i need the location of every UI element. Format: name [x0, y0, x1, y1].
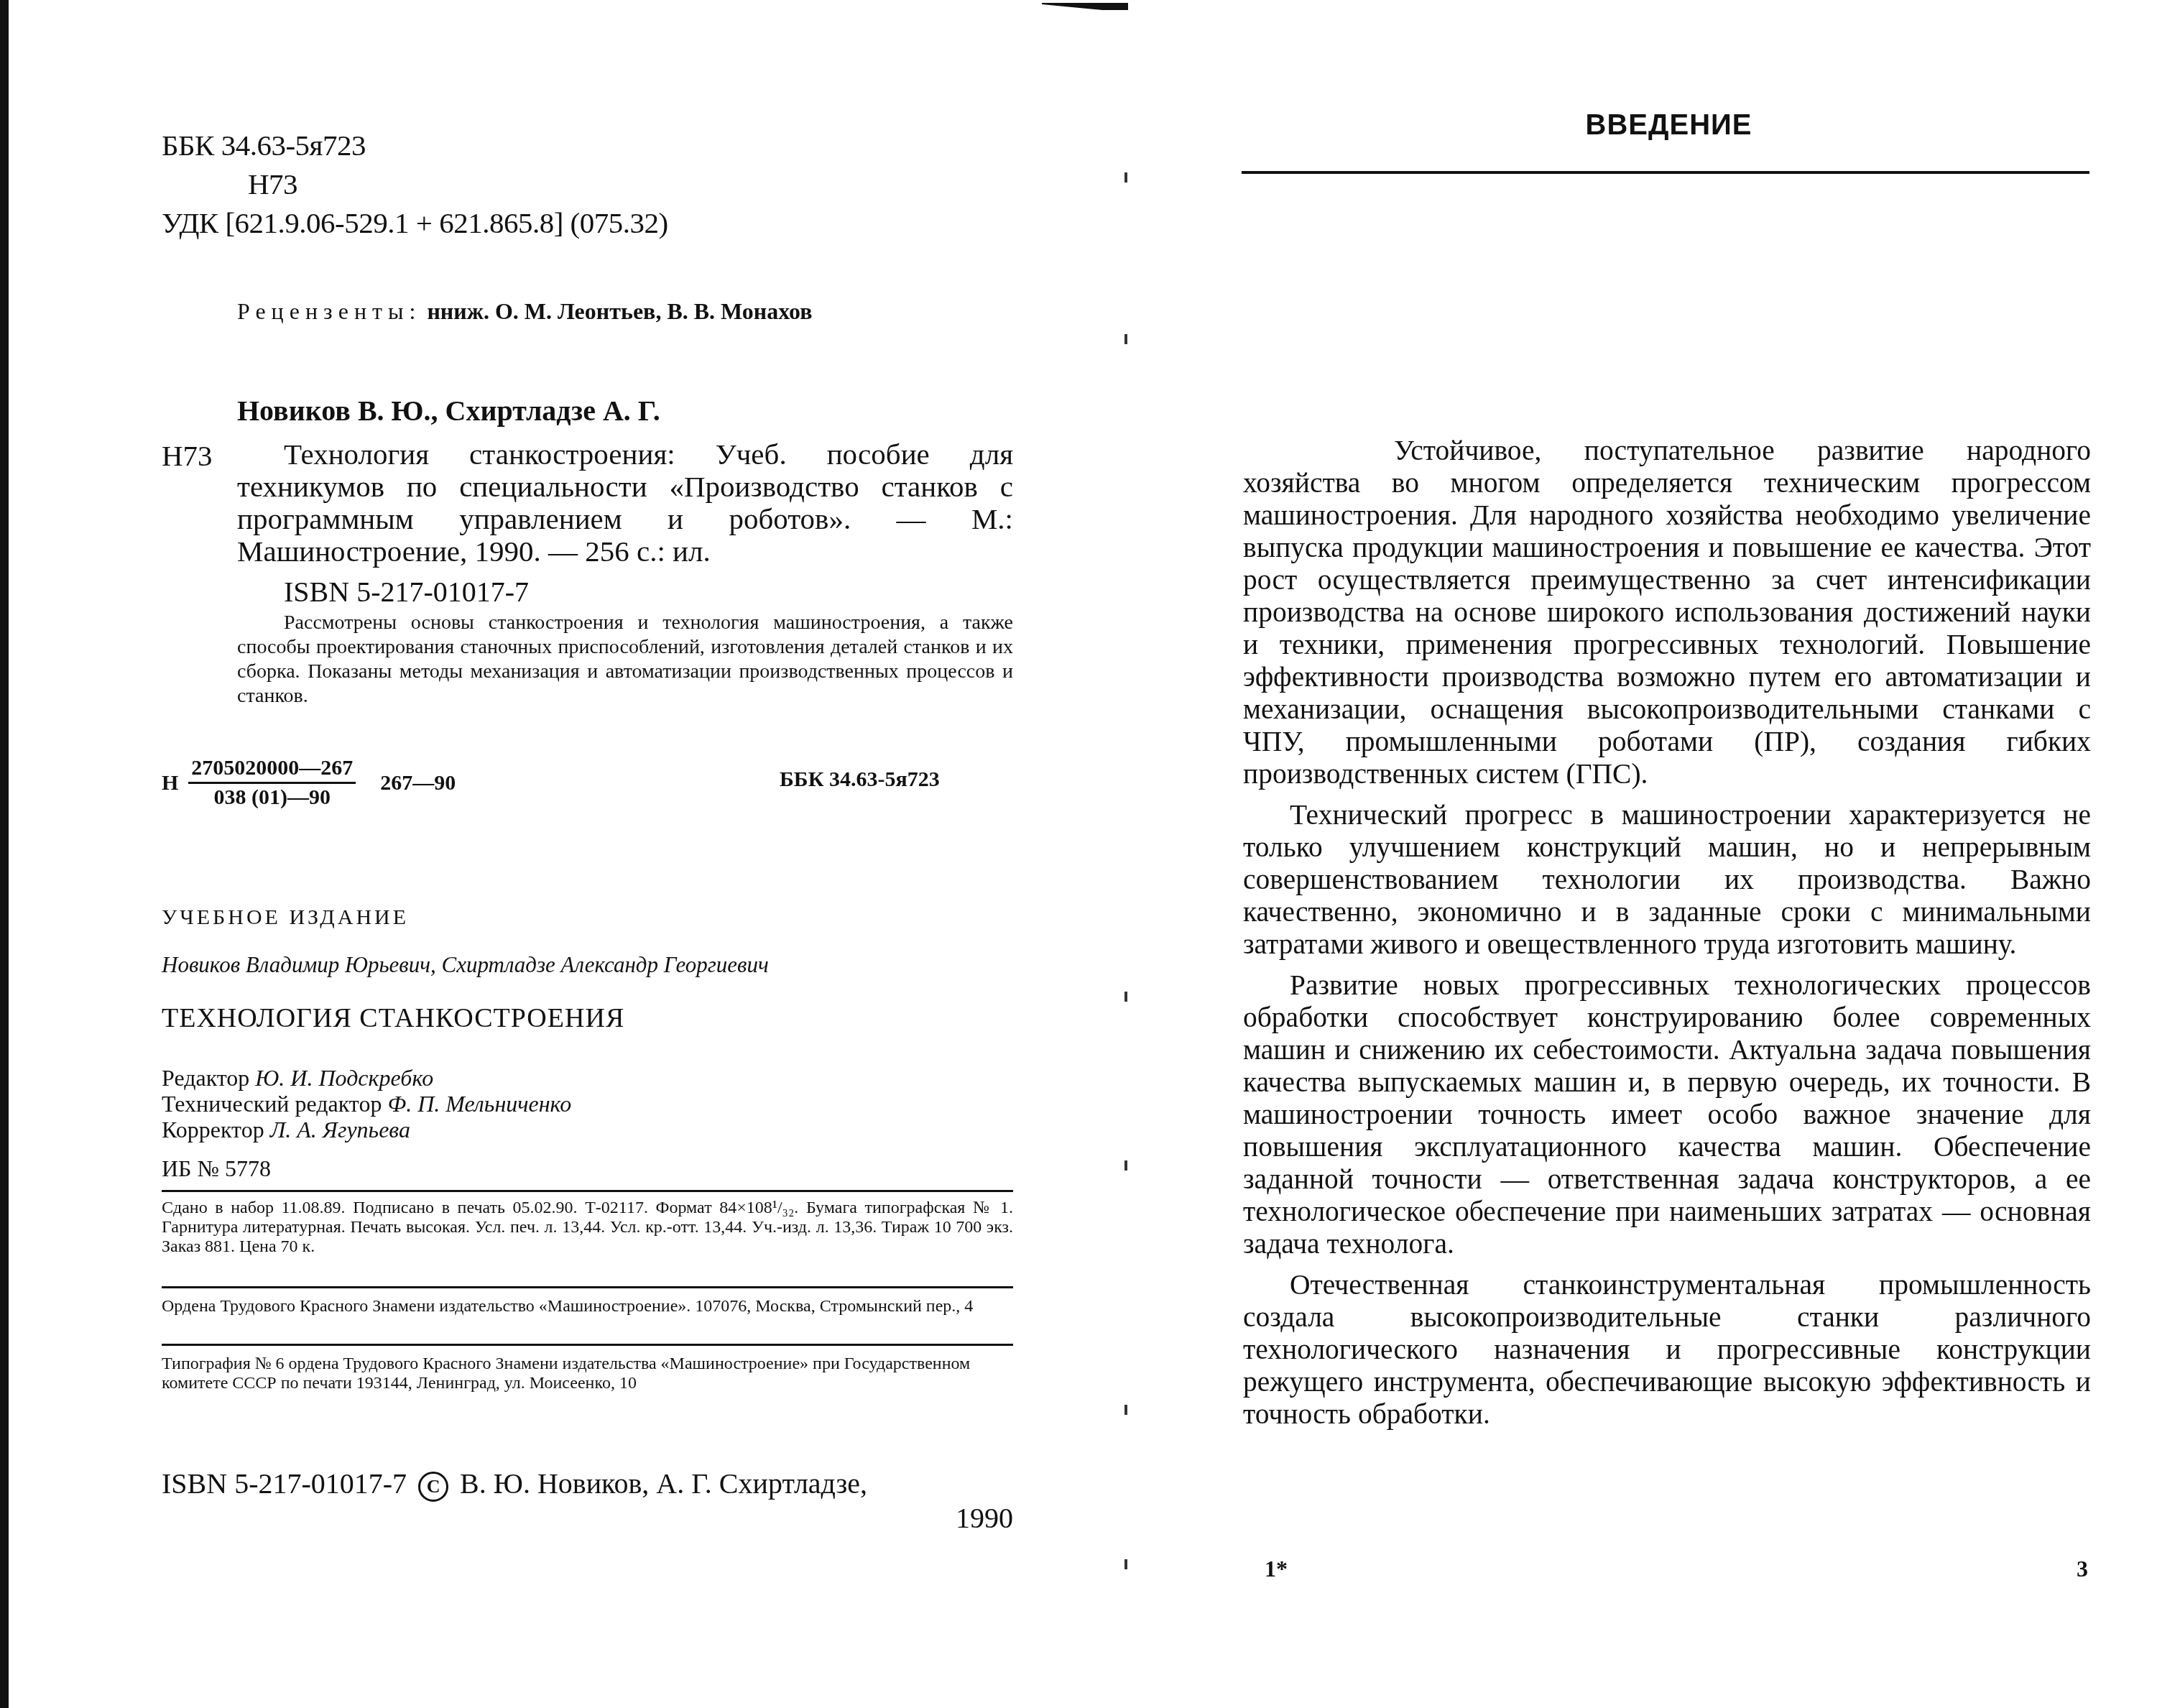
divider: [162, 1286, 1013, 1288]
reviewers-names: нниж. О. М. Леонтьев, В. В. Монахов: [427, 298, 812, 324]
abstract: Рассмотрены основы станкостроения и техн…: [237, 611, 1013, 708]
page-number: 3: [2077, 1556, 2088, 1582]
book-title: ТЕХНОЛОГИЯ СТАНКОСТРОЕНИЯ: [162, 1002, 624, 1034]
authors-heading: Новиков В. Ю., Схиртладзе А. Г.: [237, 394, 660, 428]
bibliographic-description: Технология станкостроения: Учеб. пособие…: [237, 438, 1013, 568]
scan-speck: [1124, 992, 1127, 1002]
bbk-repeat: ББК 34.63-5я723: [780, 767, 940, 792]
author-mark: Н73: [162, 165, 1013, 203]
staff-name: Л. А. Ягупьева: [270, 1117, 410, 1142]
scan-speck: [1124, 1559, 1127, 1569]
copyright-icon: C: [418, 1472, 448, 1502]
scan-speck: [1124, 334, 1127, 344]
staff-list: Редактор Ю. И. Подскребко Технический ре…: [162, 1065, 571, 1142]
scan-speck: [1124, 172, 1127, 183]
imprint: Сдано в набор 11.08.89. Подписано в печа…: [162, 1199, 1013, 1257]
reviewers-label: Рецензенты:: [237, 298, 421, 324]
full-authors: Новиков Владимир Юрьевич, Схиртладзе Але…: [162, 952, 769, 978]
scan-speck: [1124, 1405, 1127, 1415]
printer: Типография № 6 ордена Трудового Красного…: [162, 1354, 1013, 1393]
isbn: ISBN 5-217-01017-7: [284, 575, 529, 609]
staff-tech-editor: Технический редактор Ф. П. Мельниченко: [162, 1091, 571, 1117]
ib-number: ИБ № 5778: [162, 1155, 271, 1182]
signature-mark: 1*: [1265, 1556, 1288, 1582]
scan-speck: [1124, 1160, 1127, 1171]
paragraph: Развитие новых прогрессивных технологиче…: [1243, 969, 2091, 1260]
staff-role: Корректор: [162, 1117, 264, 1142]
reviewers-line: Рецензенты: нниж. О. М. Леонтьев, В. В. …: [237, 298, 813, 325]
edition-type: УЧЕБНОЕ ИЗДАНИЕ: [162, 905, 409, 930]
staff-role: Технический редактор: [162, 1091, 382, 1117]
fraction-denominator: 038 (01)—90: [214, 784, 331, 810]
fraction-suffix: 267—90: [380, 771, 456, 795]
scan-edge-strip: [0, 0, 9, 1708]
index-fraction: Н 2705020000—267 038 (01)—90 267—90: [162, 756, 456, 810]
copyright-holders: В. Ю. Новиков, А. Г. Схиртладзе,: [460, 1467, 867, 1500]
paragraph: Отечественная станкоинструментальная про…: [1243, 1269, 2091, 1431]
fraction-prefix: Н: [162, 771, 178, 795]
paragraph: Технический прогресс в машиностроении ха…: [1243, 799, 2091, 961]
copyright-isbn: ISBN 5-217-01017-7: [162, 1467, 407, 1500]
classification-block: ББК 34.63-5я723 Н73 УДК [621.9.06-529.1 …: [162, 126, 1013, 242]
copyright-year: 1990: [162, 1502, 1013, 1535]
fraction-stack: 2705020000—267 038 (01)—90: [188, 756, 356, 810]
staff-proofreader: Корректор Л. А. Ягупьева: [162, 1117, 571, 1142]
copyright-line: ISBN 5-217-01017-7 C В. Ю. Новиков, А. Г…: [162, 1467, 1013, 1535]
staff-editor: Редактор Ю. И. Подскребко: [162, 1065, 571, 1091]
divider: [162, 1344, 1013, 1346]
staff-name: Ю. И. Подскребко: [255, 1065, 433, 1091]
staff-name: Ф. П. Мельниченко: [387, 1091, 571, 1117]
scan-top-mark: [1042, 3, 1128, 10]
heading-rule: [1242, 171, 2089, 174]
catalog-code: Н73: [162, 438, 213, 473]
paragraph: Устойчивое, поступательное развитие наро…: [1243, 435, 2091, 790]
divider: [162, 1190, 1013, 1192]
chapter-heading: ВВЕДЕНИЕ: [1243, 109, 2094, 142]
udk-code: УДК [621.9.06-529.1 + 621.865.8] (075.32…: [162, 203, 1013, 242]
bbk-code: ББК 34.63-5я723: [162, 126, 1013, 165]
body-text: Устойчивое, поступательное развитие наро…: [1243, 435, 2091, 1439]
publisher: Ордена Трудового Красного Знамени издате…: [162, 1297, 988, 1316]
staff-role: Редактор: [162, 1065, 249, 1091]
fraction-numerator: 2705020000—267: [188, 756, 356, 784]
